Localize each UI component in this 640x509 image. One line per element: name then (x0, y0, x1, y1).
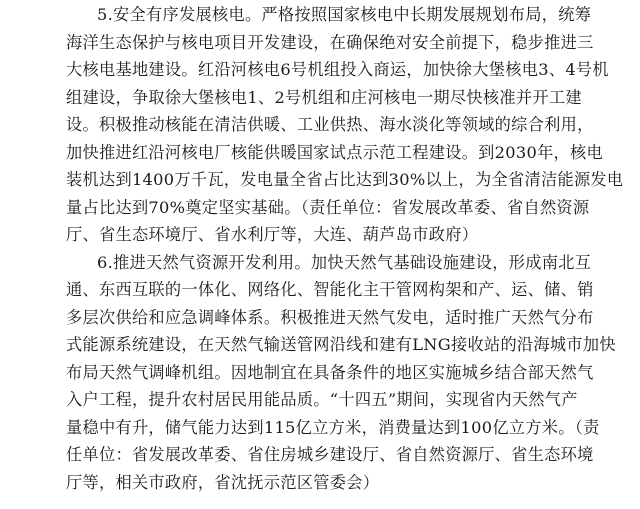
text-line: 通、东西互联的一体化、网络化、智能化主干管网构架和产、运、储、销 (66, 276, 586, 304)
text-line: 量稳中有升，储气能力达到115亿立方米，消费量达到100亿立方米。（责 (66, 414, 586, 442)
text-line: 厅、省生态环境厅、省水利厅等，大连、葫芦岛市政府） (66, 221, 586, 249)
text-line: 入户工程，提升农村居民用能品质。“十四五”期间，实现省内天然气产 (66, 386, 586, 414)
text-line: 布局天然气调峰机组。因地制宜在具备条件的地区实施城乡结合部天然气 (66, 359, 586, 387)
paragraph-natural-gas: 6.推进天然气资源开发利用。加快天然气基础设施建设，形成南北互 通、东西互联的一… (66, 249, 586, 497)
text-line: 量占比达到70%奠定坚实基础。（责任单位：省发展改革委、省自然资源 (66, 194, 586, 222)
text-line: 厅等，相关市政府，省沈抚示范区管委会） (66, 469, 586, 497)
text-line: 式能源系统建设，在天然气输送管网沿线和建有LNG接收站的沿海城市加快 (66, 331, 586, 359)
document-body: 5.安全有序发展核电。严格按照国家核电中长期发展规划布局，统筹 海洋生态保护与核… (66, 1, 586, 496)
paragraph-nuclear-power: 5.安全有序发展核电。严格按照国家核电中长期发展规划布局，统筹 海洋生态保护与核… (66, 1, 586, 249)
text-line: 多层次供给和应急调峰体系。积极推进天然气发电，适时推广天然气分布 (66, 304, 586, 332)
text-line: 大核电基地建设。红沿河核电6号机组投入商运，加快徐大堡核电3、4号机 (66, 56, 586, 84)
text-line: 6.推进天然气资源开发利用。加快天然气基础设施建设，形成南北互 (66, 249, 586, 277)
text-line: 设。积极推动核能在清洁供暖、工业供热、海水淡化等领域的综合利用， (66, 111, 586, 139)
text-line: 任单位：省发展改革委、省住房城乡建设厅、省自然资源厅、省生态环境 (66, 441, 586, 469)
text-line: 装机达到1400万千瓦，发电量全省占比达到30%以上，为全省清洁能源发电 (66, 166, 586, 194)
text-line: 组建设，争取徐大堡核电1、2号机组和庄河核电一期尽快核准并开工建 (66, 84, 586, 112)
text-line: 加快推进红沿河核电厂核能供暖国家试点示范工程建设。到2030年，核电 (66, 139, 586, 167)
text-line: 海洋生态保护与核电项目开发建设，在确保绝对安全前提下，稳步推进三 (66, 29, 586, 57)
text-line: 5.安全有序发展核电。严格按照国家核电中长期发展规划布局，统筹 (66, 1, 586, 29)
